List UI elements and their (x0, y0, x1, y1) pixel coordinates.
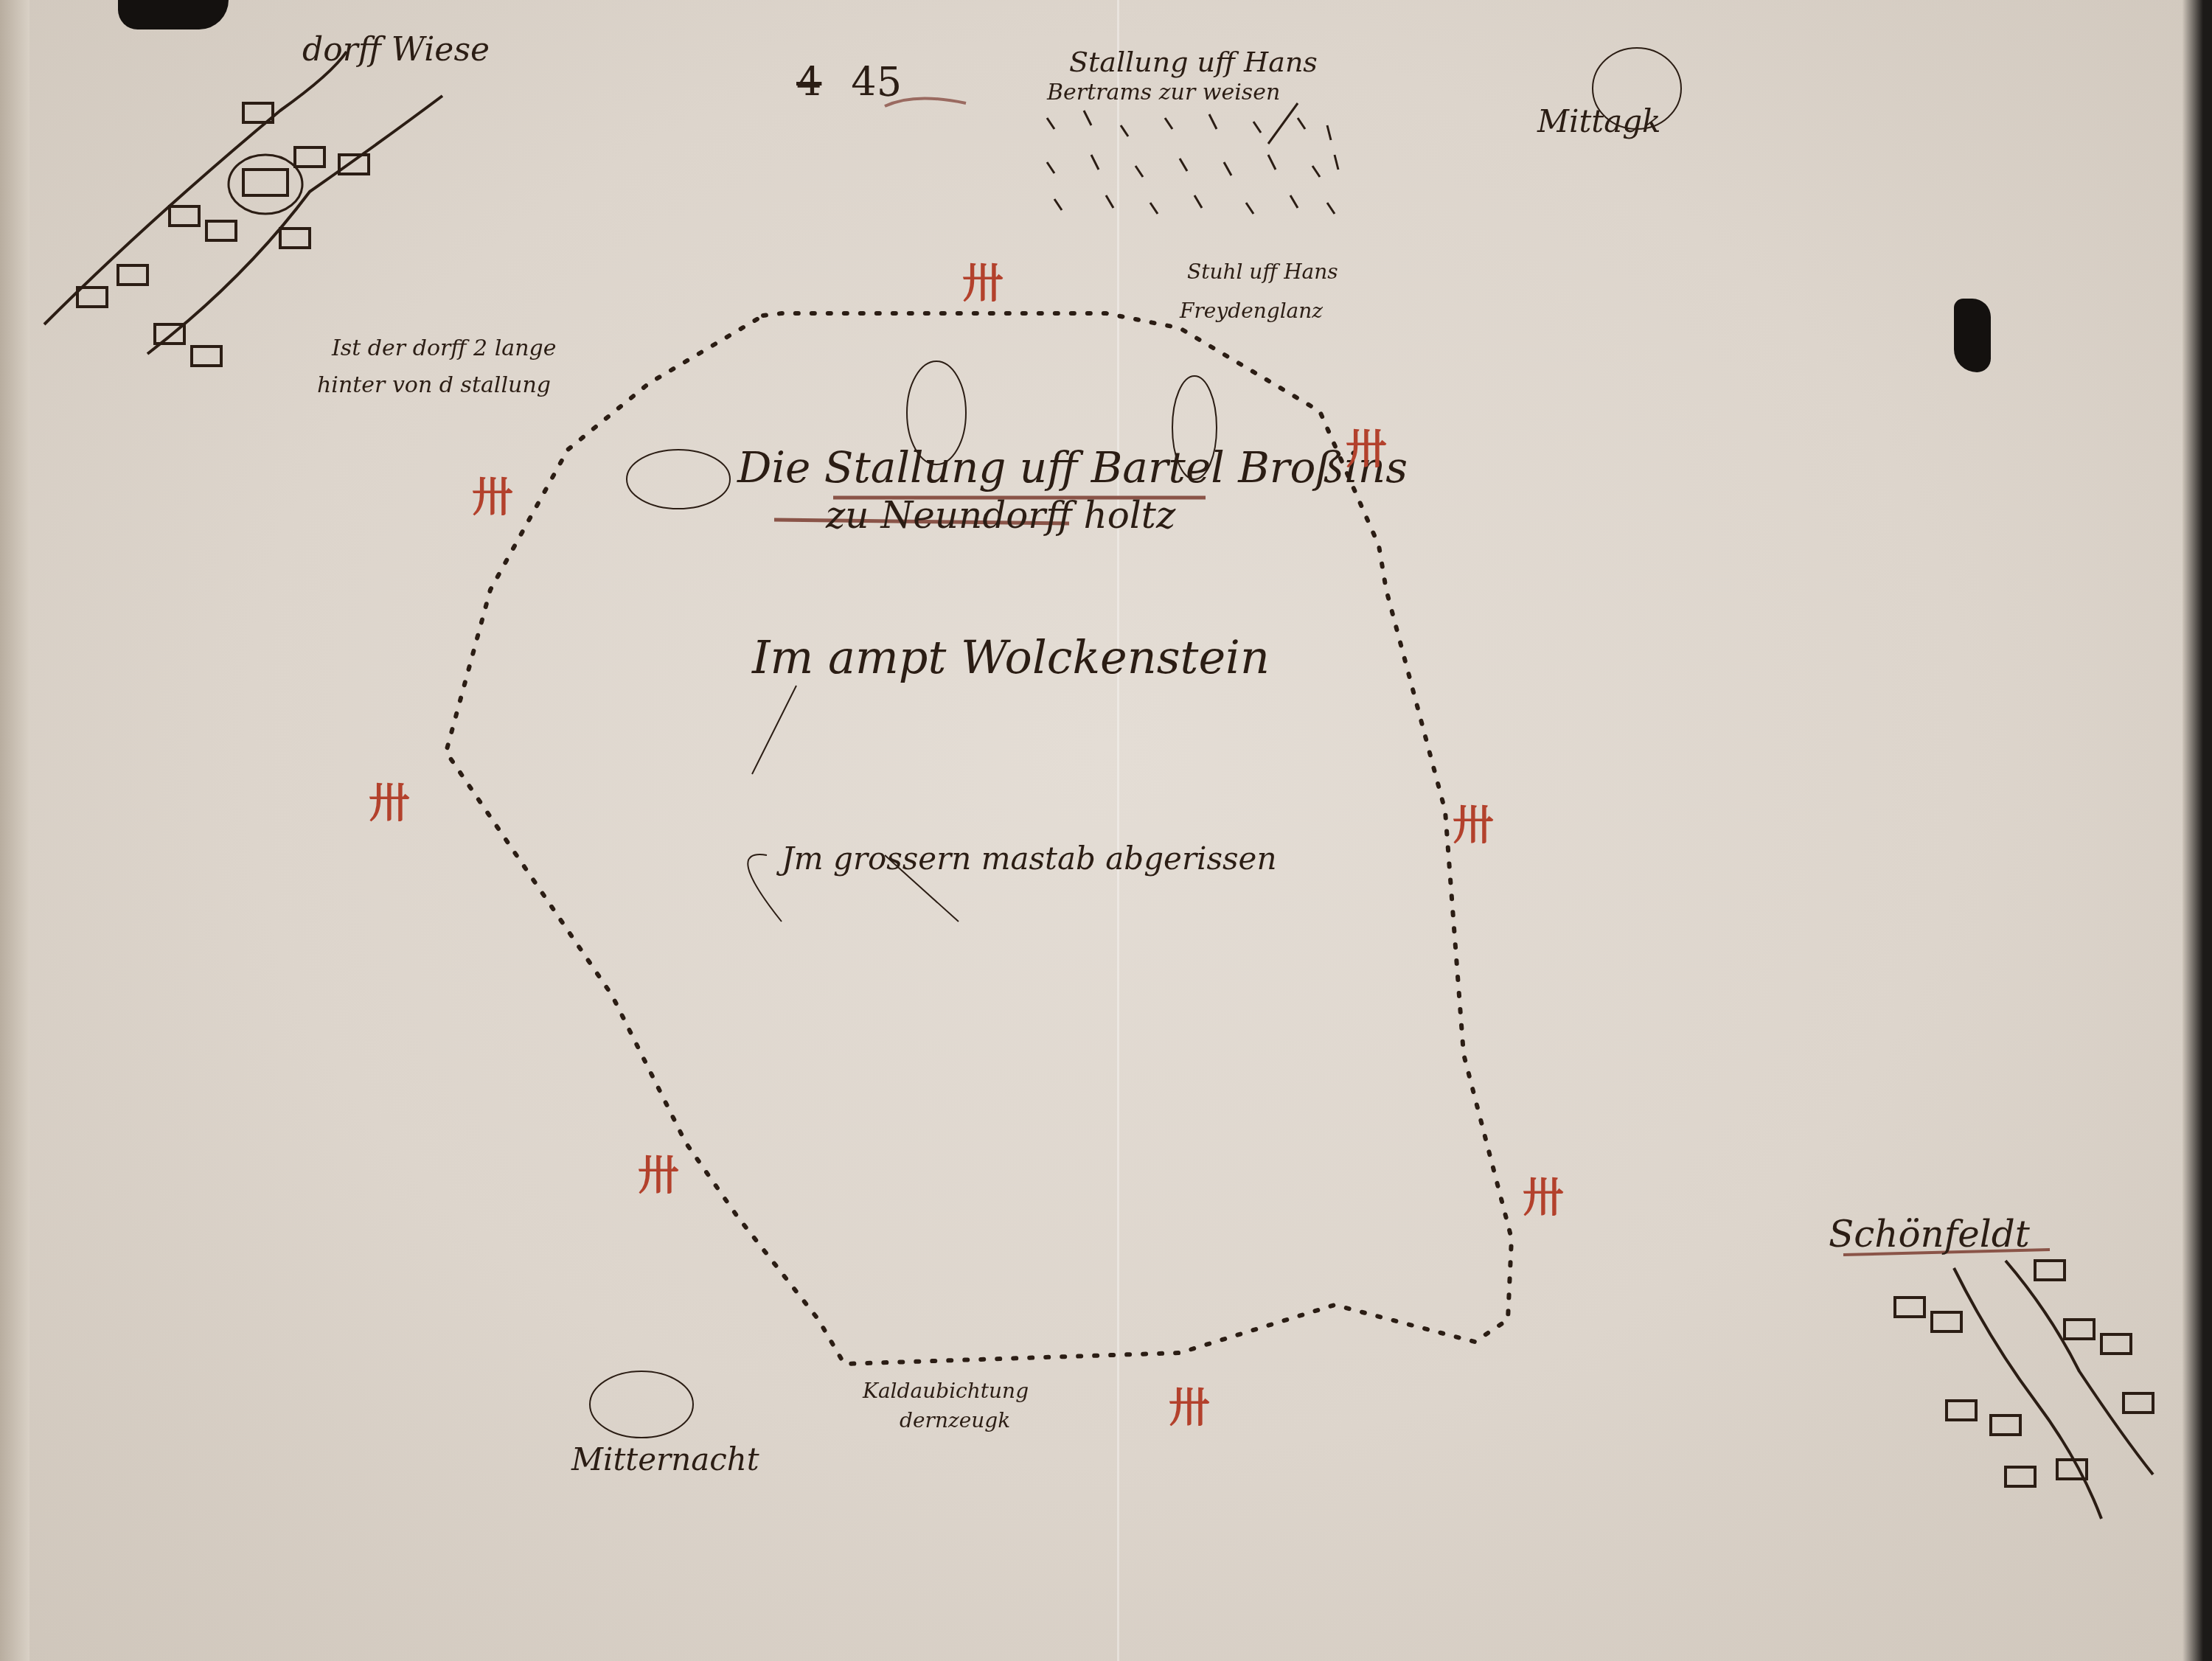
label-stuhl-1: Stuhl uff Hans (1187, 260, 1338, 284)
label-distance-note-1: Ist der dorff 2 lange (332, 335, 556, 361)
scale-note: Jm grossern mastab abgerissen (782, 840, 1276, 877)
label-mittag-south: Mittagk (1537, 103, 1661, 139)
map-sheet: 445 Die Stallung uff Bartel Broßins zu N… (0, 0, 2212, 1661)
map-title-line-2: zu Neundorff holtz (826, 494, 1175, 537)
boundary-marker-icon: 卅 (472, 464, 513, 523)
boundary-marker-icon: 卅 (638, 1143, 679, 1202)
map-title-line-1: Die Stallung uff Bartel Broßins (737, 442, 1408, 492)
label-stallung-top-1: Stallung uff Hans (1069, 46, 1318, 78)
label-stuhl-2: Freydenglanz (1180, 299, 1323, 323)
folio-number: 445 (796, 59, 902, 105)
label-kaldau-1: Kaldaubichtung (863, 1379, 1029, 1403)
label-distance-note-2: hinter von d stallung (317, 372, 551, 398)
boundary-marker-icon: 卅 (962, 251, 1004, 310)
boundary-marker-icon: 卅 (1346, 417, 1387, 476)
boundary-marker-icon: 卅 (1169, 1375, 1210, 1434)
village-dorf-wiese (44, 52, 442, 366)
label-kaldau-2: dernzeugk (900, 1408, 1010, 1432)
map-drawing (0, 0, 2212, 1661)
label-dorf-wiese: dorff Wiese (302, 31, 490, 69)
field-hatching (1047, 103, 1338, 214)
district-label: Im ampt Wolckenstein (752, 630, 1270, 684)
village-schoenfeldt (1843, 1250, 2153, 1519)
boundary-marker-icon: 卅 (1523, 1165, 1564, 1224)
boundary-marker-icon: 卅 (1453, 793, 1494, 852)
boundary-marker-icon: 卅 (369, 770, 410, 829)
label-schoenfeldt: Schönfeldt (1829, 1213, 2030, 1256)
label-mitternacht-north: Mitternacht (571, 1441, 759, 1477)
label-stallung-top-2: Bertrams zur weisen (1047, 80, 1280, 105)
